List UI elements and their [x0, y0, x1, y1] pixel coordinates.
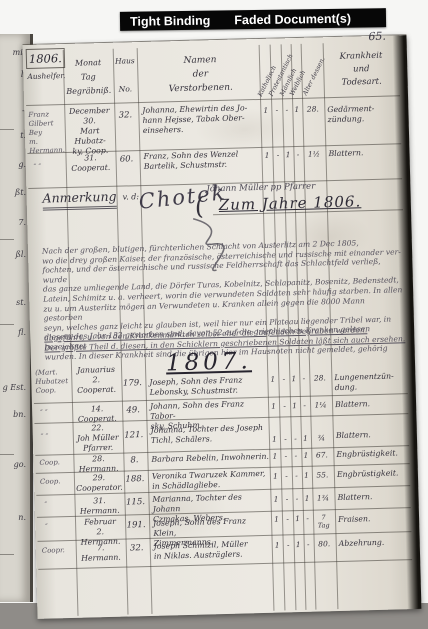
annotation-label-suffix: v. d: — [122, 192, 139, 203]
ruled-line-stub — [0, 129, 14, 130]
cause-cell: Gedärment- zündung. — [327, 103, 397, 125]
female-tally: 1 — [300, 434, 311, 443]
officiant-cell: ″ ″ — [34, 162, 64, 172]
catholic-tally: 1 — [261, 151, 272, 160]
cause-cell: Abzehrung. — [339, 537, 409, 549]
margin-fragment: bn. — [2, 410, 26, 419]
deceased-name-cell: Barbara Rebelin, Inwohnerin. — [151, 452, 269, 465]
officiant-cell: Coopr. — [42, 546, 74, 556]
house-number-cell: 121. — [123, 430, 145, 441]
faded-document-flag: Faded Document(s) — [234, 11, 351, 27]
catholic-tally: 1 — [271, 514, 282, 523]
house-number-cell: 115. — [124, 497, 146, 508]
date-column-header: Monat Tag Begräbniß. — [65, 56, 112, 99]
female-tally: - — [292, 150, 303, 159]
officiant-cell: ″ ″ — [41, 432, 71, 442]
age-value: 7 Tag — [313, 513, 334, 530]
cause-cell: Blattern. — [337, 491, 407, 503]
officiant-cell: (Mart. Hubatzet Coop. — [35, 368, 72, 396]
margin-fragment: fl. — [2, 328, 26, 337]
date-cell: Januarius 2. Cooperat. — [73, 365, 120, 396]
date-cell: 7. Hermann. — [78, 543, 125, 564]
margin-fragment: go. — [2, 460, 26, 469]
date-cell: 14. Cooperat. — [74, 404, 121, 425]
year-1806-title: Zum Jahre 1806. — [219, 192, 362, 215]
cause-cell: Blattern. — [335, 398, 405, 410]
margin-fragment: g. — [2, 160, 26, 169]
house-number-cell: 60. — [115, 154, 137, 165]
deceased-name-cell: Johanna, Tochter des Joseph Tichl, Schäl… — [151, 423, 269, 446]
female-tally: - — [302, 514, 313, 523]
female-tally: - — [299, 401, 310, 410]
ruled-line-stub — [0, 239, 14, 240]
house-column-header: No. — [119, 84, 133, 94]
catholic-tally: 1 — [269, 452, 280, 461]
catholic-tally: 1 — [270, 495, 281, 504]
condition-flag-bar: Tight Binding Faded Document(s) — [120, 8, 386, 31]
deceased-name-cell: Franz, Sohn des Wenzel Bartelik, Schustm… — [143, 149, 261, 172]
ruled-line-stub — [0, 554, 14, 555]
house-number-cell: 8. — [123, 455, 145, 466]
house-number-cell: 32. — [126, 543, 148, 554]
year-1807-title: 1807. — [166, 347, 253, 379]
officiant-cell: ″ ″ — [40, 408, 70, 418]
female-tally: - — [303, 540, 314, 549]
cause-cell: Blattern. — [336, 429, 406, 441]
year-1806-box: 1806. — [26, 48, 66, 69]
age-value: 1¼ — [310, 400, 331, 410]
date-cell: 31. Hermann. — [76, 496, 123, 517]
date-cell: December 30. Mart Hubatz- ky, Coop. — [66, 106, 113, 157]
female-tally: 1 — [301, 494, 312, 503]
house-number-cell: 49. — [122, 405, 144, 416]
margin-fragment: st. — [2, 298, 26, 307]
name-column-header: Namen der Verstorbenen. — [143, 52, 258, 97]
date-cell: 22. Joh Müller Pfarrer. — [74, 423, 121, 454]
officiant-cell: ″ — [45, 522, 71, 532]
house-number-cell: 191. — [125, 520, 147, 531]
officiant-cell: Franz Gilbert Bey m. Hermann. — [28, 110, 65, 156]
house-number-cell: 32. — [114, 110, 136, 121]
ruled-line-stub — [0, 324, 14, 325]
age-value: 67. — [311, 450, 332, 460]
age-value: 28. — [309, 373, 330, 383]
officiant-cell: ″ — [44, 500, 70, 510]
folio-number: 65. — [368, 30, 386, 45]
tight-binding-flag: Tight Binding — [130, 13, 211, 28]
date-cell: 31. Cooperat. — [67, 153, 114, 174]
cause-column-header: Krankheit und Todesart. — [325, 49, 398, 90]
officiant-cell: Coop. — [39, 458, 71, 468]
margin-fragment: 7. — [2, 218, 26, 227]
female-tally: 1 — [300, 451, 311, 460]
cause-cell: Engbrüstigkeit. — [336, 448, 406, 460]
margin-fragment: ßt. — [2, 188, 26, 197]
age-value: 55. — [312, 470, 333, 480]
catholic-tally: 1 — [268, 402, 279, 411]
cause-cell: Lungenentzün- dung. — [334, 371, 404, 393]
house-column-header: Haus — [115, 56, 135, 66]
cause-cell: Fraisen. — [338, 513, 408, 525]
age-value: 1¾ — [312, 493, 333, 503]
date-cell: 29. Cooperator. — [76, 473, 123, 494]
female-tally: 1 — [291, 105, 302, 114]
catholic-tally: 1 — [267, 375, 278, 384]
house-number-cell: 188. — [124, 474, 146, 485]
margin-fragment: g Est. — [2, 383, 26, 392]
margin-fragment: – — [2, 106, 26, 115]
catholic-tally: 1 — [269, 435, 280, 444]
margin-fragment: ßl. — [2, 250, 26, 259]
margin-fragment: n. — [2, 513, 26, 522]
cause-cell: Blattern. — [328, 147, 398, 159]
catholic-tally: 1 — [272, 540, 283, 549]
annotation-label: Anmerkung — [42, 189, 116, 211]
deceased-name-cell: Johanna, Ehewirtin des Jo- hann Hejsse, … — [142, 103, 261, 136]
female-tally: 1 — [301, 471, 312, 480]
officiant-cell: Coop. — [40, 477, 72, 487]
margin-fragment: t. — [2, 131, 26, 140]
catholic-tally: 1 — [260, 106, 271, 115]
deceased-name-cell: Joseph, Sohn des Franz Lebonsky, Schustm… — [149, 375, 267, 398]
date-cell: 28. Hermann. — [75, 454, 122, 475]
register-page: 1806. Aushelfer. Monat Tag Begräbniß. Ha… — [23, 35, 422, 619]
ruled-line-stub — [0, 454, 14, 455]
age-value: 28. — [302, 104, 323, 114]
cause-cell: Engbrüstigkeit. — [337, 468, 407, 480]
age-value: ¾ — [311, 433, 332, 443]
age-value: 1½ — [303, 149, 324, 159]
scanned-register-document: mit l. – t. g. ßt. 7. ßl. st. fl. g Est.… — [0, 0, 428, 629]
age-value: 80. — [314, 539, 335, 549]
deceased-name-cell: Veronika Twaruzek Kammer, in Schädlaglie… — [152, 469, 270, 492]
house-number-cell: 179. — [121, 378, 143, 389]
female-tally: - — [298, 374, 309, 383]
catholic-tally: 1 — [270, 472, 281, 481]
deceased-name-cell: Joseph Schmizil, Müller in Niklas. Austr… — [154, 539, 272, 562]
officiant-column-header: Aushelfer. — [27, 71, 65, 82]
